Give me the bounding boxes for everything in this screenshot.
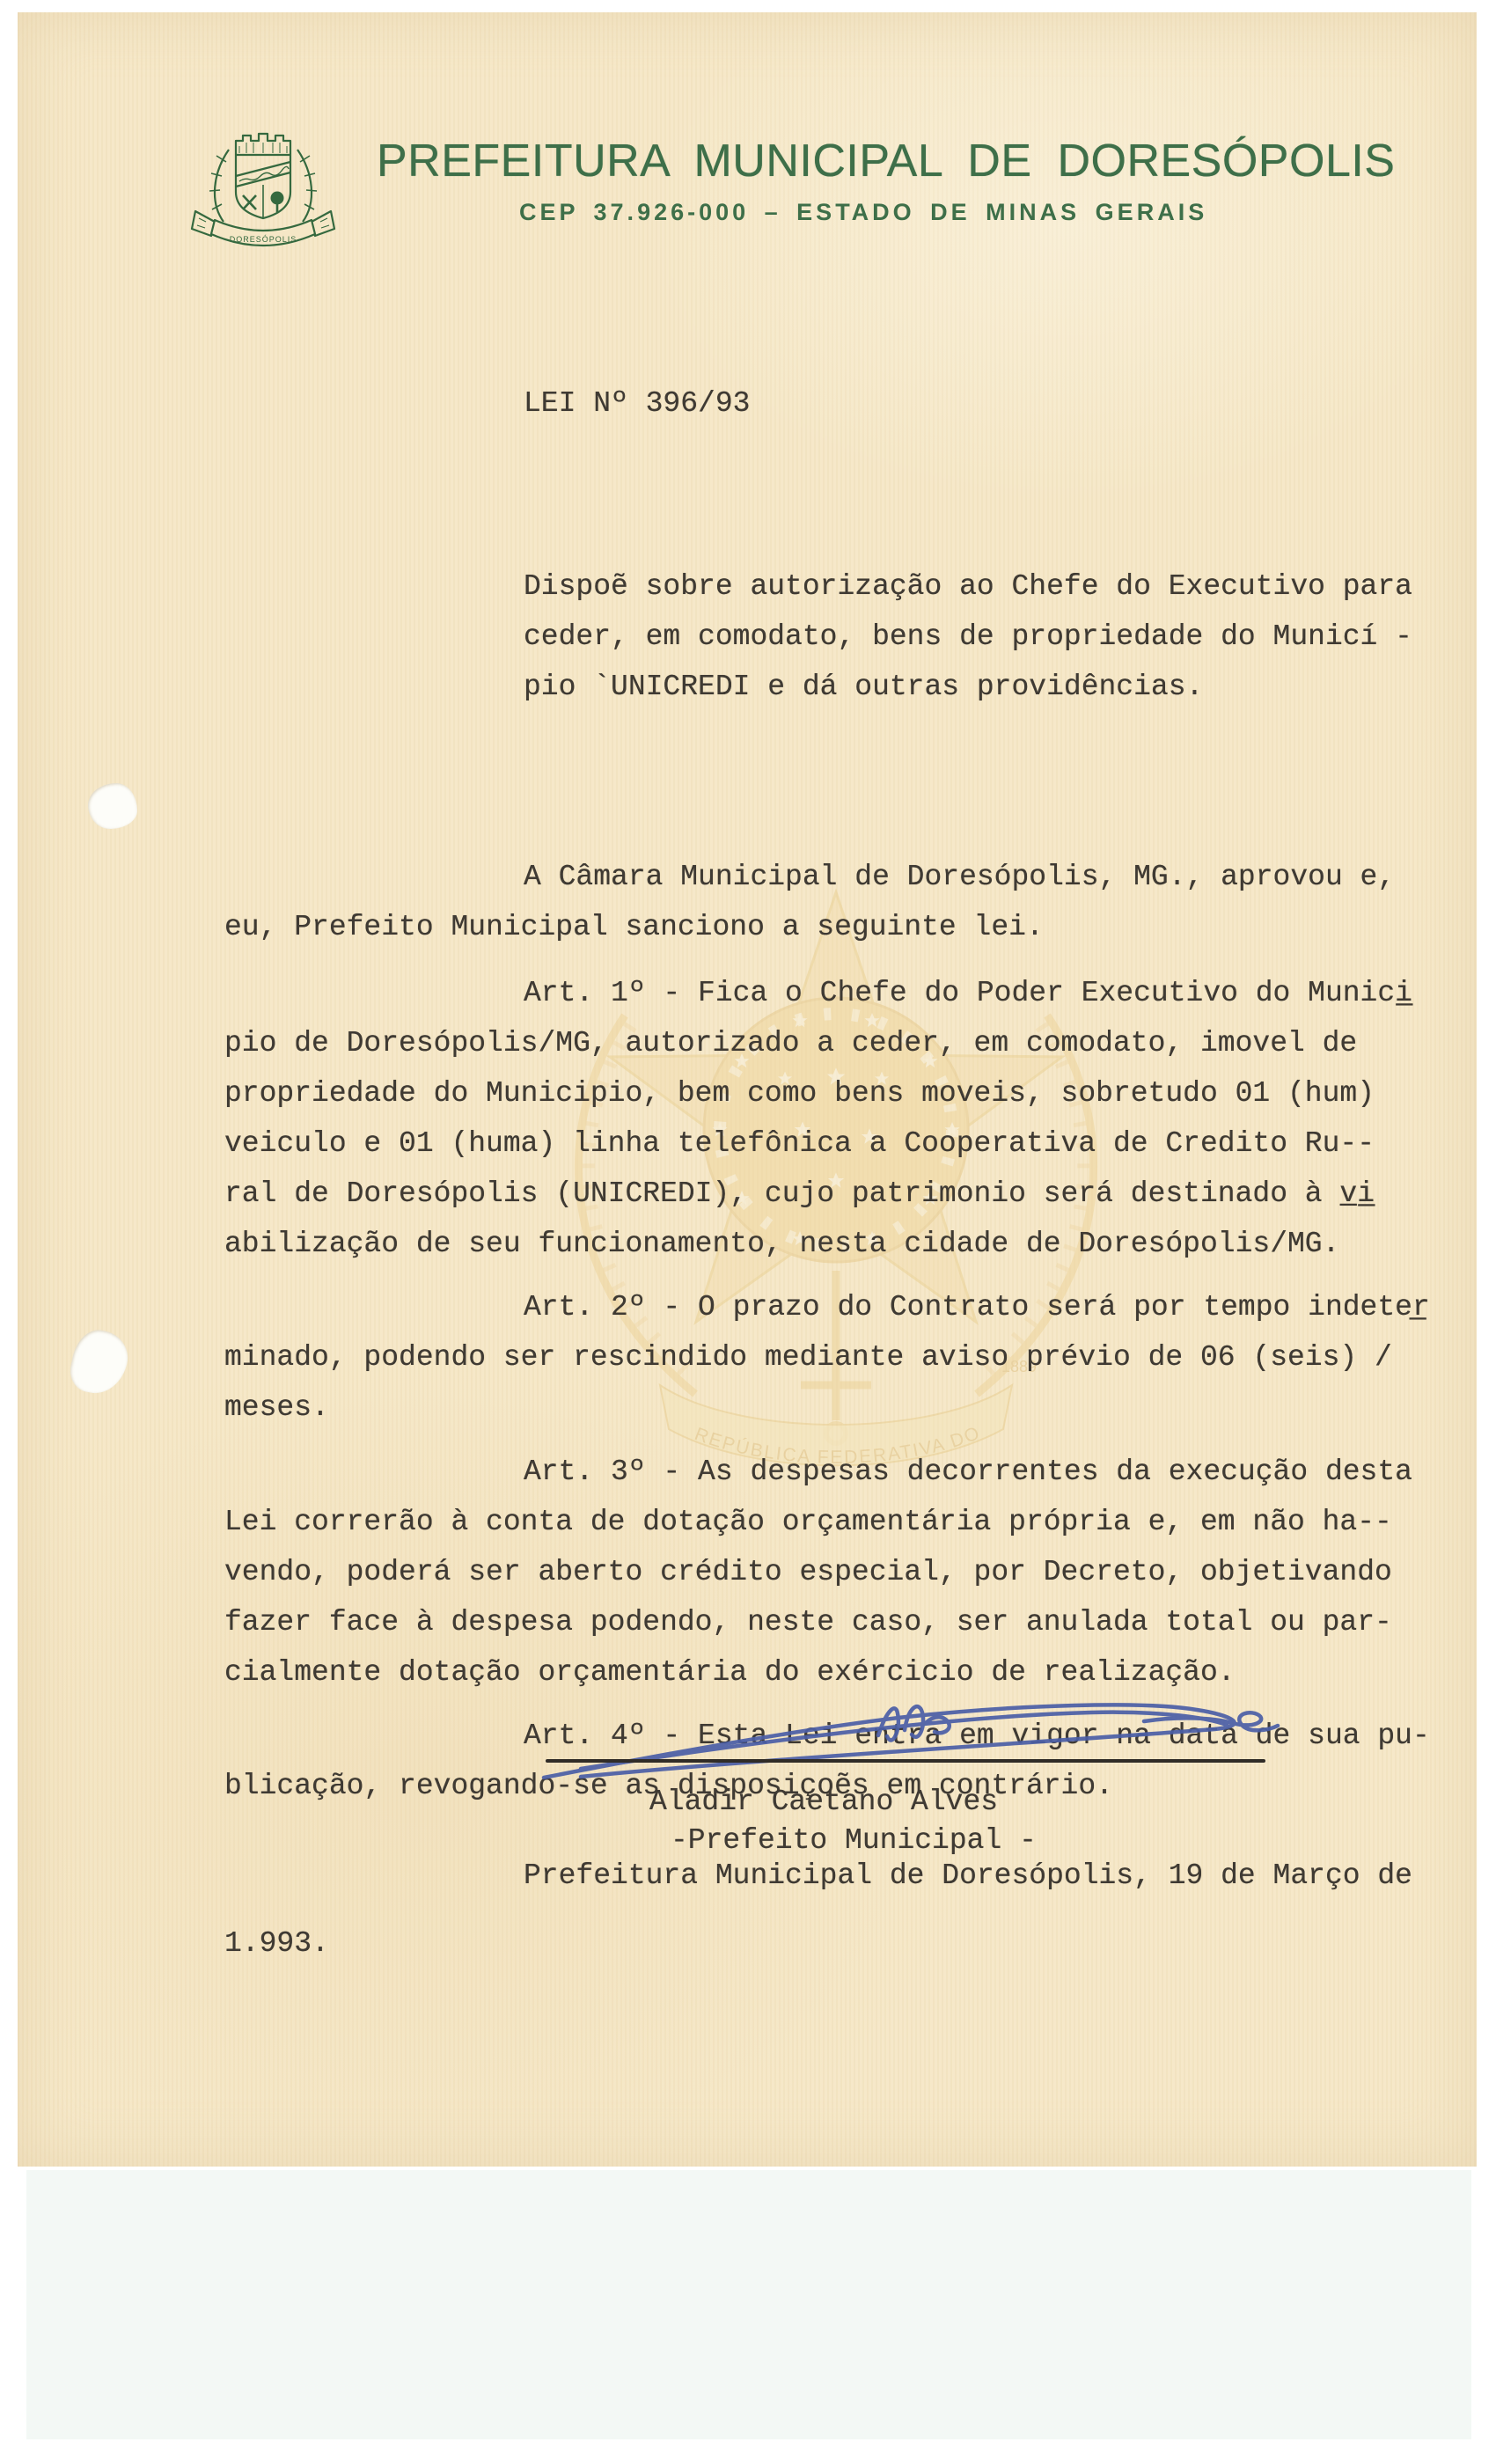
text-line: minado, podendo ser rescindido mediante … — [224, 1332, 1408, 1382]
text-line: abilização de seu funcionamento, nesta c… — [224, 1219, 1408, 1269]
paragraph: Art. 2º - O prazo do Contrato será por t… — [224, 1282, 1408, 1433]
punch-hole — [66, 1325, 133, 1398]
document-scan: REPÚBLICA FEDERATIVA DO BRASIL 1889 — [0, 0, 1496, 2464]
signature-rule — [546, 1759, 1265, 1763]
signatory-role: -Prefeito Municipal - — [671, 1823, 1037, 1859]
text-line: Art. 1º - Fica o Chefe do Poder Executiv… — [224, 968, 1408, 1018]
ementa-line: pio `UNICREDI e dá outras providências. — [524, 662, 1408, 712]
punch-hole — [88, 783, 137, 829]
text-line: ral de Doresópolis (UNICREDI), cujo patr… — [224, 1169, 1408, 1219]
ementa-line: ceder, em comodato, bens de propriedade … — [524, 612, 1408, 662]
text-line: Art. 3º - As despesas decorrentes da exe… — [224, 1447, 1408, 1497]
municipal-coat-of-arms-icon: DORESÓPOLIS — [188, 127, 338, 263]
text-line: propriedade do Municipio, bem como bens … — [224, 1068, 1408, 1118]
paragraph: Art. 3º - As despesas decorrentes da exe… — [224, 1447, 1408, 1698]
text-line: Lei correrão à conta de dotação orçament… — [224, 1497, 1408, 1547]
scanner-background-strip — [26, 2170, 1471, 2439]
ementa-line: Dispoẽ sobre autorização ao Chefe do Exe… — [524, 561, 1408, 612]
document-paper: REPÚBLICA FEDERATIVA DO BRASIL 1889 — [18, 12, 1477, 2167]
ementa-block: Dispoẽ sobre autorização ao Chefe do Exe… — [224, 561, 1408, 712]
text-line: vendo, poderá ser aberto crédito especia… — [224, 1547, 1408, 1597]
text-line: fazer face à despesa podendo, neste caso… — [224, 1597, 1408, 1647]
paragraph: A Câmara Municipal de Doresópolis, MG., … — [224, 852, 1408, 952]
text-line: meses. — [224, 1382, 1408, 1433]
text-line: Art. 2º - O prazo do Contrato será por t… — [224, 1282, 1408, 1332]
crest-ribbon-text: DORESÓPOLIS — [230, 235, 297, 244]
signatory-name: Aladir Caetano Alves — [649, 1785, 998, 1820]
text-line: A Câmara Municipal de Doresópolis, MG., … — [224, 852, 1408, 902]
law-number: LEI Nº 396/93 — [224, 378, 1408, 429]
signature-ink — [528, 1690, 1285, 1788]
text-line: veiculo e 01 (huma) linha telefônica a C… — [224, 1118, 1408, 1169]
letterhead-title: PREFEITURA MUNICIPAL DE DORESÓPOLIS — [377, 138, 1396, 184]
text-line: pio de Doresópolis/MG, autorizado a cede… — [224, 1018, 1408, 1068]
paragraph: Prefeitura Municipal de Doresópolis, 19 … — [224, 1851, 1408, 1969]
text-line: 1.993. — [224, 1918, 1408, 1969]
letterhead-subtitle: CEP 37.926-000 – ESTADO DE MINAS GERAIS — [519, 201, 1207, 224]
text-line: eu, Prefeito Municipal sanciono a seguin… — [224, 902, 1408, 952]
paragraph: Art. 1º - Fica o Chefe do Poder Executiv… — [224, 968, 1408, 1269]
